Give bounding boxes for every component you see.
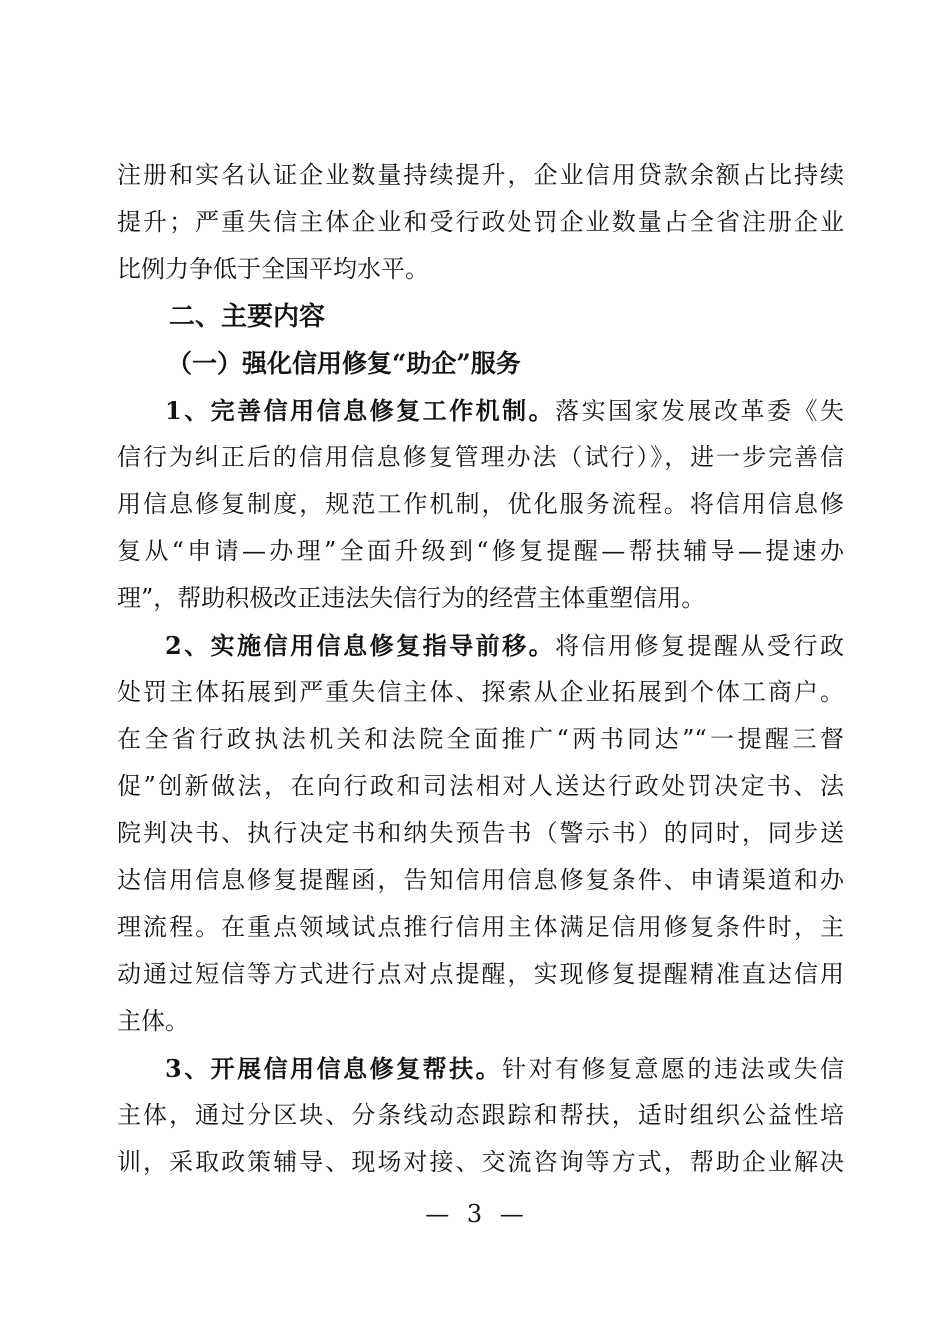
text-segment: 理流程。在重点领域试点推行信用主体满足信用修复条件时，主 (117, 913, 844, 941)
emphasis-segment: （一）强化信用修复“助企”服务 (167, 349, 521, 378)
page-number: — 3 — (0, 1196, 950, 1232)
text-segment: 复从“申请—办理”全面升级到“修复提醒—帮扶辅导—提速办 (117, 537, 844, 565)
text-line: 2、实施信用信息修复指导前移。将信用修复提醒从受行政 (117, 622, 844, 669)
document-page: 注册和实名认证企业数量持续提升，企业信用贷款余额占比持续提升；严重失信主体企业和… (0, 0, 950, 1343)
text-line: 主体，通过分区块、分条线动态跟踪和帮扶，适时组织公益性培 (117, 1092, 844, 1139)
text-line: 训，采取政策辅导、现场对接、交流咨询等方式，帮助企业解决 (117, 1139, 844, 1186)
text-segment: 达信用信息修复提醒函，告知信用信息修复条件、申请渠道和办 (117, 866, 844, 894)
text-segment: 落实国家发展改革委《失 (555, 397, 844, 425)
text-segment: 在全省行政执法机关和法院全面推广“两书同达”“一提醒三督 (117, 725, 844, 753)
emphasis-segment: 1、完善信用信息修复工作机制。 (165, 396, 555, 425)
text-line: 动通过短信等方式进行点对点提醒，实现修复提醒精准直达信用 (117, 951, 844, 998)
text-line: 3、开展信用信息修复帮扶。针对有修复意愿的违法或失信 (117, 1045, 844, 1092)
text-line: 达信用信息修复提醒函，告知信用信息修复条件、申请渠道和办 (117, 857, 844, 904)
text-line: 用信息修复制度，规范工作机制，优化服务流程。将信用信息修 (117, 481, 844, 528)
text-line: 二、主要内容 (117, 293, 844, 340)
text-segment: 用信息修复制度，规范工作机制，优化服务流程。将信用信息修 (117, 490, 844, 518)
text-line: 注册和实名认证企业数量持续提升，企业信用贷款余额占比持续 (117, 152, 844, 199)
emphasis-segment: 3、开展信用信息修复帮扶。 (165, 1054, 502, 1083)
text-segment: 处罚主体拓展到严重失信主体、探索从企业拓展到个体工商户。 (117, 678, 844, 706)
text-line: 促”创新做法，在向行政和司法相对人送达行政处罚决定书、法 (117, 763, 844, 810)
emphasis-segment: 二、主要内容 (169, 301, 325, 331)
text-line: 提升；严重失信主体企业和受行政处罚企业数量占全省注册企业 (117, 199, 844, 246)
text-line: 院判决书、执行决定书和纳失预告书（警示书）的同时，同步送 (117, 810, 844, 857)
text-segment: 理”，帮助积极改正违法失信行为的经营主体重塑信用。 (117, 584, 705, 612)
text-line: 比例力争低于全国平均水平。 (117, 246, 844, 293)
text-segment: 注册和实名认证企业数量持续提升，企业信用贷款余额占比持续 (117, 161, 844, 189)
text-line: 在全省行政执法机关和法院全面推广“两书同达”“一提醒三督 (117, 716, 844, 763)
text-segment: 主体。 (117, 1007, 189, 1035)
text-line: （一）强化信用修复“助企”服务 (117, 340, 844, 387)
text-segment: 动通过短信等方式进行点对点提醒，实现修复提醒精准直达信用 (117, 960, 844, 988)
document-body: 注册和实名认证企业数量持续提升，企业信用贷款余额占比持续提升；严重失信主体企业和… (117, 152, 844, 1186)
text-segment: 将信用修复提醒从受行政 (555, 632, 844, 660)
text-segment: 信行为纠正后的信用信息修复管理办法（试行）》，进一步完善信 (117, 443, 844, 471)
text-segment: 院判决书、执行决定书和纳失预告书（警示书）的同时，同步送 (117, 819, 844, 847)
text-line: 理”，帮助积极改正违法失信行为的经营主体重塑信用。 (117, 575, 844, 622)
text-line: 处罚主体拓展到严重失信主体、探索从企业拓展到个体工商户。 (117, 669, 844, 716)
text-segment: 促”创新做法，在向行政和司法相对人送达行政处罚决定书、法 (117, 772, 844, 800)
text-segment: 训，采取政策辅导、现场对接、交流咨询等方式，帮助企业解决 (117, 1148, 844, 1176)
text-segment: 比例力争低于全国平均水平。 (117, 255, 429, 283)
text-line: 信行为纠正后的信用信息修复管理办法（试行）》，进一步完善信 (117, 434, 844, 481)
text-line: 1、完善信用信息修复工作机制。落实国家发展改革委《失 (117, 387, 844, 434)
text-segment: 针对有修复意愿的违法或失信 (502, 1055, 844, 1083)
text-line: 理流程。在重点领域试点推行信用主体满足信用修复条件时，主 (117, 904, 844, 951)
text-line: 主体。 (117, 998, 844, 1045)
text-line: 复从“申请—办理”全面升级到“修复提醒—帮扶辅导—提速办 (117, 528, 844, 575)
emphasis-segment: 2、实施信用信息修复指导前移。 (165, 631, 555, 660)
text-segment: 提升；严重失信主体企业和受行政处罚企业数量占全省注册企业 (117, 208, 844, 236)
text-segment: 主体，通过分区块、分条线动态跟踪和帮扶，适时组织公益性培 (117, 1101, 844, 1129)
